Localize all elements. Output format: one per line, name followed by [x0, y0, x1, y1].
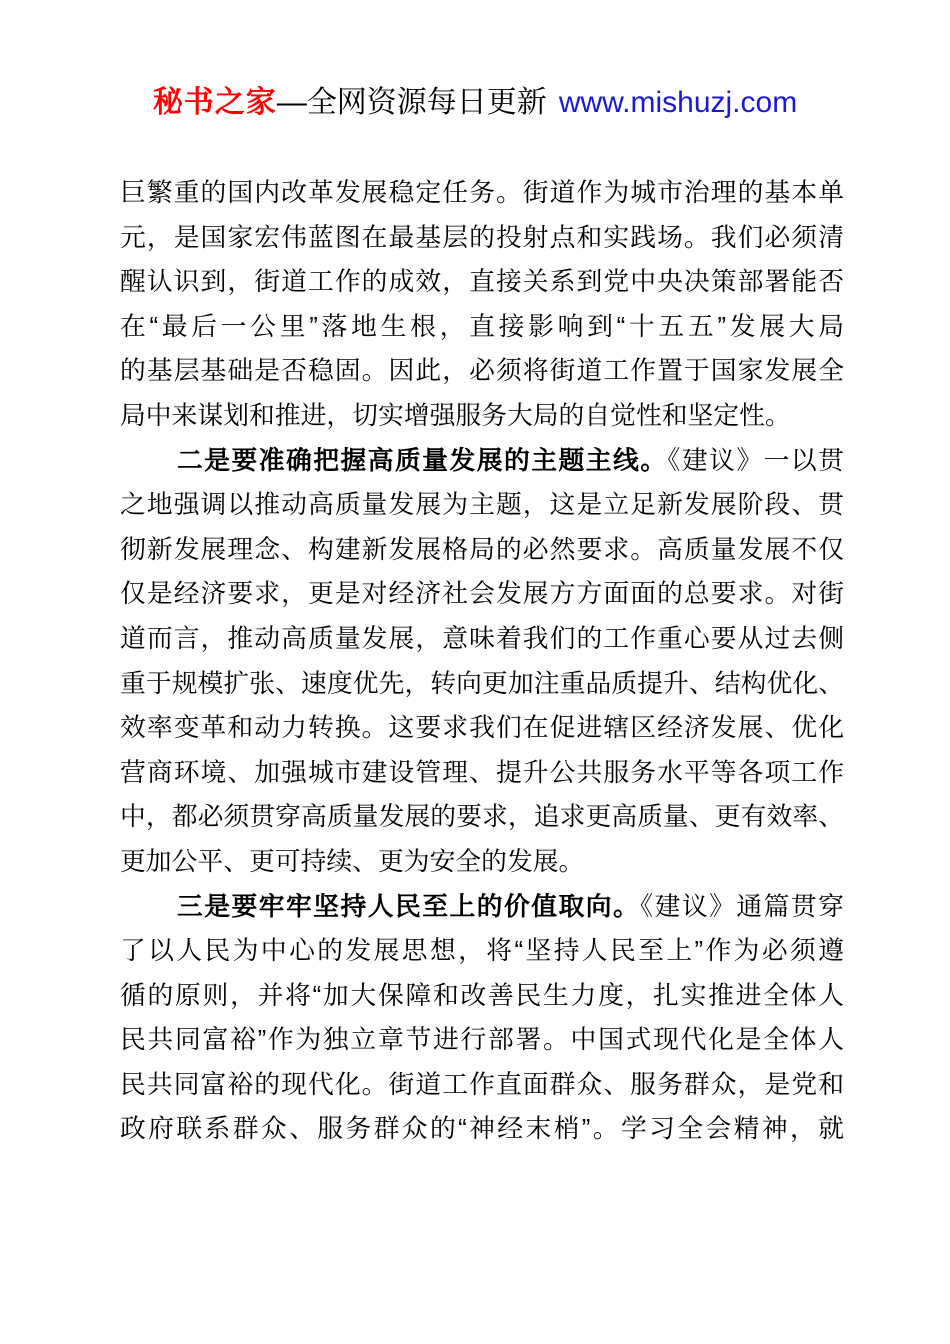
bold-lead-text: 三是要牢牢坚持人民至上的价值取向。 — [177, 893, 640, 921]
text-line: 二是要准确把握高质量发展的主题主线。《建议》一以贯 — [120, 439, 844, 484]
text-line: 元，是国家宏伟蓝图在最基层的投射点和实践场。我们必须清 — [120, 216, 844, 261]
document-page: 秘书之家—全网资源每日更新www.mishuzj.com 巨繁重的国内改革发展稳… — [0, 0, 950, 1344]
text-line: 循的原则，并将“加大保障和改善民生力度，扎实推进全体人 — [120, 974, 844, 1019]
text-line: 在“最后一公里”落地生根，直接影响到“十五五”发展大局 — [120, 305, 844, 350]
text-line: 巨繁重的国内改革发展稳定任务。街道作为城市治理的基本单 — [120, 171, 844, 216]
text-line: 三是要牢牢坚持人民至上的价值取向。《建议》通篇贯穿 — [120, 885, 844, 930]
site-url-link[interactable]: www.mishuzj.com — [559, 86, 797, 119]
text-line: 的基层基础是否稳固。因此，必须将街道工作置于国家发展全 — [120, 349, 844, 394]
text-line: 醒认识到，街道工作的成效，直接关系到党中央决策部署能否 — [120, 260, 844, 305]
text-line: 营商环境、加强城市建设管理、提升公共服务水平等各项工作 — [120, 751, 844, 796]
document-body: 巨繁重的国内改革发展稳定任务。街道作为城市治理的基本单元，是国家宏伟蓝图在最基层… — [120, 171, 844, 1152]
text-line: 民共同富裕的现代化。街道工作直面群众、服务群众，是党和 — [120, 1063, 844, 1108]
text-line: 民共同富裕”作为独立章节进行部署。中国式现代化是全体人 — [120, 1018, 844, 1063]
text-line: 道而言，推动高质量发展，意味着我们的工作重心要从过去侧 — [120, 617, 844, 662]
site-header: 秘书之家—全网资源每日更新www.mishuzj.com — [0, 82, 950, 124]
text-line: 中，都必须贯穿高质量发展的要求，追求更高质量、更有效率、 — [120, 795, 844, 840]
text-line: 更加公平、更可持续、更为安全的发展。 — [120, 840, 844, 885]
text-line: 局中来谋划和推进，切实增强服务大局的自觉性和坚定性。 — [120, 394, 844, 439]
text-line: 之地强调以推动高质量发展为主题，这是立足新发展阶段、贯 — [120, 483, 844, 528]
text-line: 政府联系群众、服务群众的“神经末梢”。学习全会精神，就 — [120, 1107, 844, 1152]
text-line: 效率变革和动力转换。这要求我们在促进辖区经济发展、优化 — [120, 706, 844, 751]
header-dash: — — [277, 86, 307, 119]
text-line: 了以人民为中心的发展思想，将“坚持人民至上”作为必须遵 — [120, 929, 844, 974]
text-line: 彻新发展理念、构建新发展格局的必然要求。高质量发展不仅 — [120, 528, 844, 573]
header-tagline: 全网资源每日更新 — [307, 86, 547, 119]
text-line: 仅是经济要求，更是对经济社会发展方方面面的总要求。对街 — [120, 572, 844, 617]
bold-lead-text: 二是要准确把握高质量发展的主题主线。 — [177, 447, 668, 475]
site-brand: 秘书之家 — [153, 86, 277, 119]
text-line: 重于规模扩张、速度优先，转向更加注重品质提升、结构优化、 — [120, 662, 844, 707]
